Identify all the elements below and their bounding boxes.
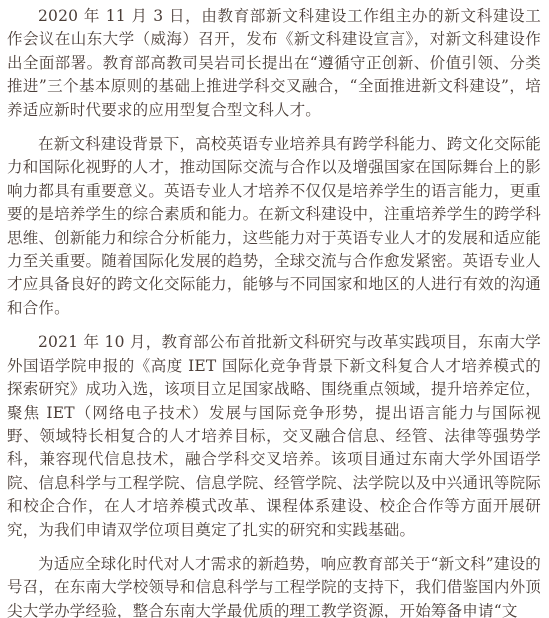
paragraph-1: 2020 年 11 月 3 日，由教育部新文科建设工作组主办的新文科建设工作会议… (7, 5, 541, 122)
document-page: 2020 年 11 月 3 日，由教育部新文科建设工作组主办的新文科建设工作会议… (0, 0, 549, 618)
paragraph-4: 为适应全球化时代对人才需求的新趋势，响应教育部关于“新文科”建设的号召，在东南大… (7, 553, 541, 618)
paragraph-3: 2021 年 10 月，教育部公布首批新文科研究与改革实践项目，东南大学外国语学… (7, 331, 541, 542)
paragraph-2: 在新文科建设背景下，高校英语专业培养具有跨学科能力、跨文化交际能力和国际化视野的… (7, 133, 541, 320)
